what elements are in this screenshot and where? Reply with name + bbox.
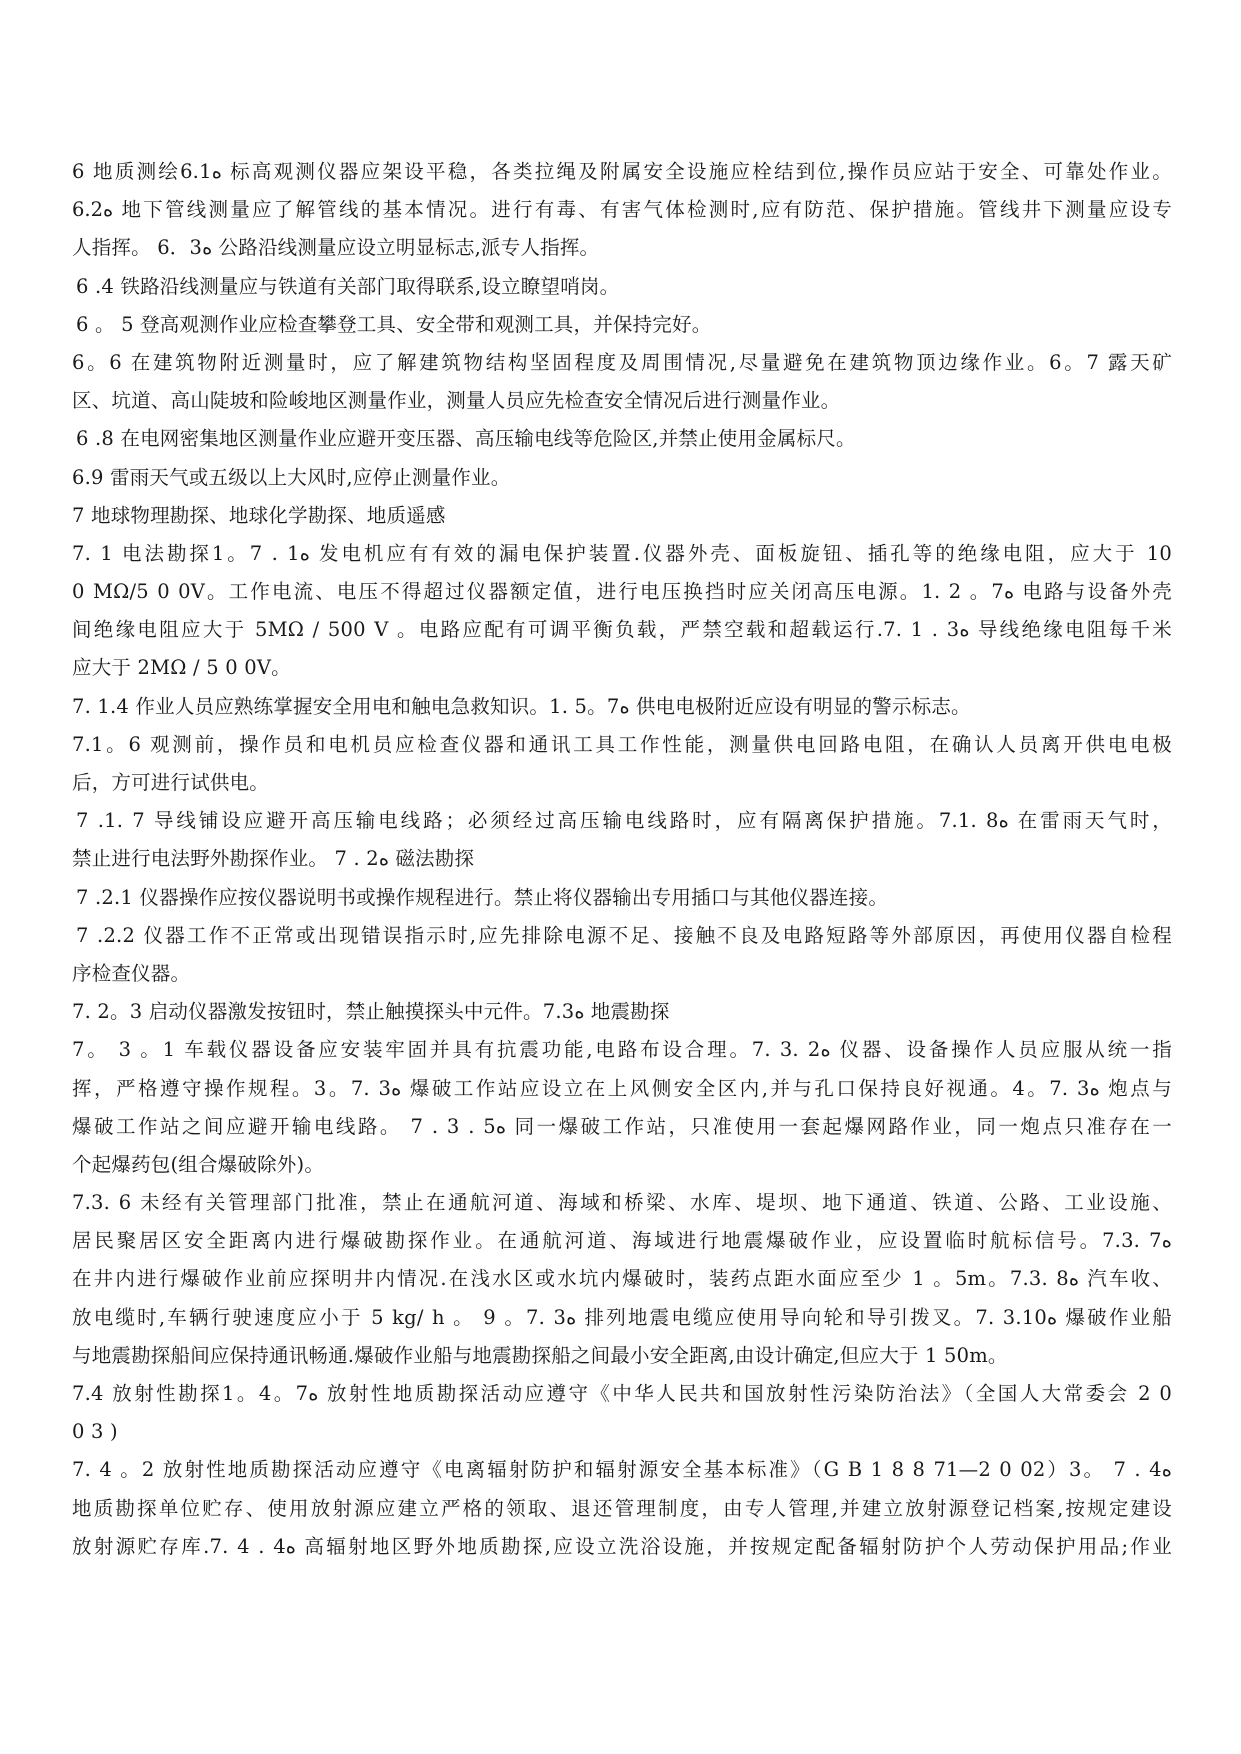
text-line: 放射源贮存库.7. 4 . 4ه 高辐射地区野外地质勘探,应设立洗浴设施，并按规… xyxy=(72,1528,1172,1566)
text-line: 区、坑道、高山陡坡和险峻地区测量作业，测量人员应先检查安全情况后进行测量作业。 xyxy=(72,382,1172,420)
text-line: 6 地质测绘6.1ه 标高观测仪器应架设平稳，各类拉绳及附属安全设施应栓结到位,… xyxy=(72,153,1172,191)
text-line: 6.9 雷雨天气或五级以上大风时,应停止测量作业。 xyxy=(72,459,1172,497)
text-line: 6。6 在建筑物附近测量时，应了解建筑物结构坚固程度及周围情况,尽量避免在建筑物… xyxy=(72,344,1172,382)
text-line: 7.3. 6 未经有关管理部门批准，禁止在通航河道、海域和桥梁、水库、堤坝、地下… xyxy=(72,1184,1172,1222)
text-line: 7. 1.4 作业人员应熟练掌握安全用电和触电急救知识。1. 5。7ه 供电电极… xyxy=(72,688,1172,726)
text-line: 个起爆药包(组合爆破除外)。 xyxy=(72,1146,1172,1184)
text-line: 7.4 放射性勘探1。4。7ه 放射性地质勘探活动应遵守《中华人民共和国放射性污… xyxy=(72,1375,1172,1413)
text-line: 后，方可进行试供电。 xyxy=(72,764,1172,802)
text-line: 与地震勘探船间应保持通讯畅通.爆破作业船与地震勘探船之间最小安全距离,由设计确定… xyxy=(72,1337,1172,1375)
text-line: 0 3 ) xyxy=(72,1413,1172,1451)
text-line: 7 .1. 7 导线铺设应避开高压输电线路；必须经过高压输电线路时，应有隔离保护… xyxy=(72,802,1172,840)
text-line: 应大于 2MΩ / 5 0 0V。 xyxy=(72,649,1172,687)
text-line: 7 .2.1 仪器操作应按仪器说明书或操作规程进行。禁止将仪器输出专用插口与其他… xyxy=(72,879,1172,917)
text-line: 挥，严格遵守操作规程。3。7. 3ه 爆破工作站应设立在上风侧安全区内,并与孔口… xyxy=(72,1070,1172,1108)
text-line: 序检查仪器。 xyxy=(72,955,1172,993)
text-line: 地质勘探单位贮存、使用放射源应建立严格的领取、退还管理制度，由专人管理,并建立放… xyxy=(72,1490,1172,1528)
text-line: 居民聚居区安全距离内进行爆破勘探作业。在通航河道、海域进行地震爆破作业，应设置临… xyxy=(72,1222,1172,1260)
text-line: 6 .4 铁路沿线测量应与铁道有关部门取得联系,设立瞭望哨岗。 xyxy=(72,268,1172,306)
text-line: 放电缆时,车辆行驶速度应小于 5 kg/ h 。 9 。7. 3ه 排列地震电缆… xyxy=(72,1299,1172,1337)
text-line: 7. 2。3 启动仪器激发按钮时，禁止触摸探头中元件。7.3ه 地震勘探 xyxy=(72,993,1172,1031)
text-line: 禁止进行电法野外勘探作业。 7 . 2ه 磁法勘探 xyxy=(72,840,1172,878)
text-line: 爆破工作站之间应避开输电线路。 7 . 3 . 5ه 同一爆破工作站，只准使用一… xyxy=(72,1108,1172,1146)
text-line: 在井内进行爆破作业前应探明井内情况.在浅水区或水坑内爆破时，装药点距水面应至少 … xyxy=(72,1260,1172,1298)
text-line: 6 .8 在电网密集地区测量作业应避开变压器、高压输电线等危险区,并禁止使用金属… xyxy=(72,420,1172,458)
text-line: 7.1。6 观测前，操作员和电机员应检查仪器和通讯工具工作性能，测量供电回路电阻… xyxy=(72,726,1172,764)
text-line: 间绝缘电阻应大于 5MΩ / 500 V 。电路应配有可调平衡负载，严禁空载和超… xyxy=(72,611,1172,649)
text-line: 7. 1 电法勘探1。7 . 1ه 发电机应有有效的漏电保护装置.仪器外壳、面板… xyxy=(72,535,1172,573)
text-line: 6 。 5 登高观测作业应检查攀登工具、安全带和观测工具，并保持完好。 xyxy=(72,306,1172,344)
text-line: 6.2ه 地下管线测量应了解管线的基本情况。进行有毒、有害气体检测时,应有防范、… xyxy=(72,191,1172,229)
text-line: 7. 4 。2 放射性地质勘探活动应遵守《电离辐射防护和辐射源安全基本标准》（G… xyxy=(72,1451,1172,1489)
text-line: 人指挥。 6．3ه 公路沿线测量应设立明显标志,派专人指挥。 xyxy=(72,229,1172,267)
text-line: 7。 3 。1 车载仪器设备应安装牢固并具有抗震功能,电路布设合理。7. 3. … xyxy=(72,1031,1172,1069)
text-line: 7 .2.2 仪器工作不正常或出现错误指示时,应先排除电源不足、接触不良及电路短… xyxy=(72,917,1172,955)
text-line: 0 MΩ/5 0 0V。工作电流、电压不得超过仪器额定值，进行电压换挡时应关闭高… xyxy=(72,573,1172,611)
document-page: 6 地质测绘6.1ه 标高观测仪器应架设平稳，各类拉绳及附属安全设施应栓结到位,… xyxy=(72,153,1172,1566)
text-line: 7 地球物理勘探、地球化学勘探、地质遥感 xyxy=(72,497,1172,535)
